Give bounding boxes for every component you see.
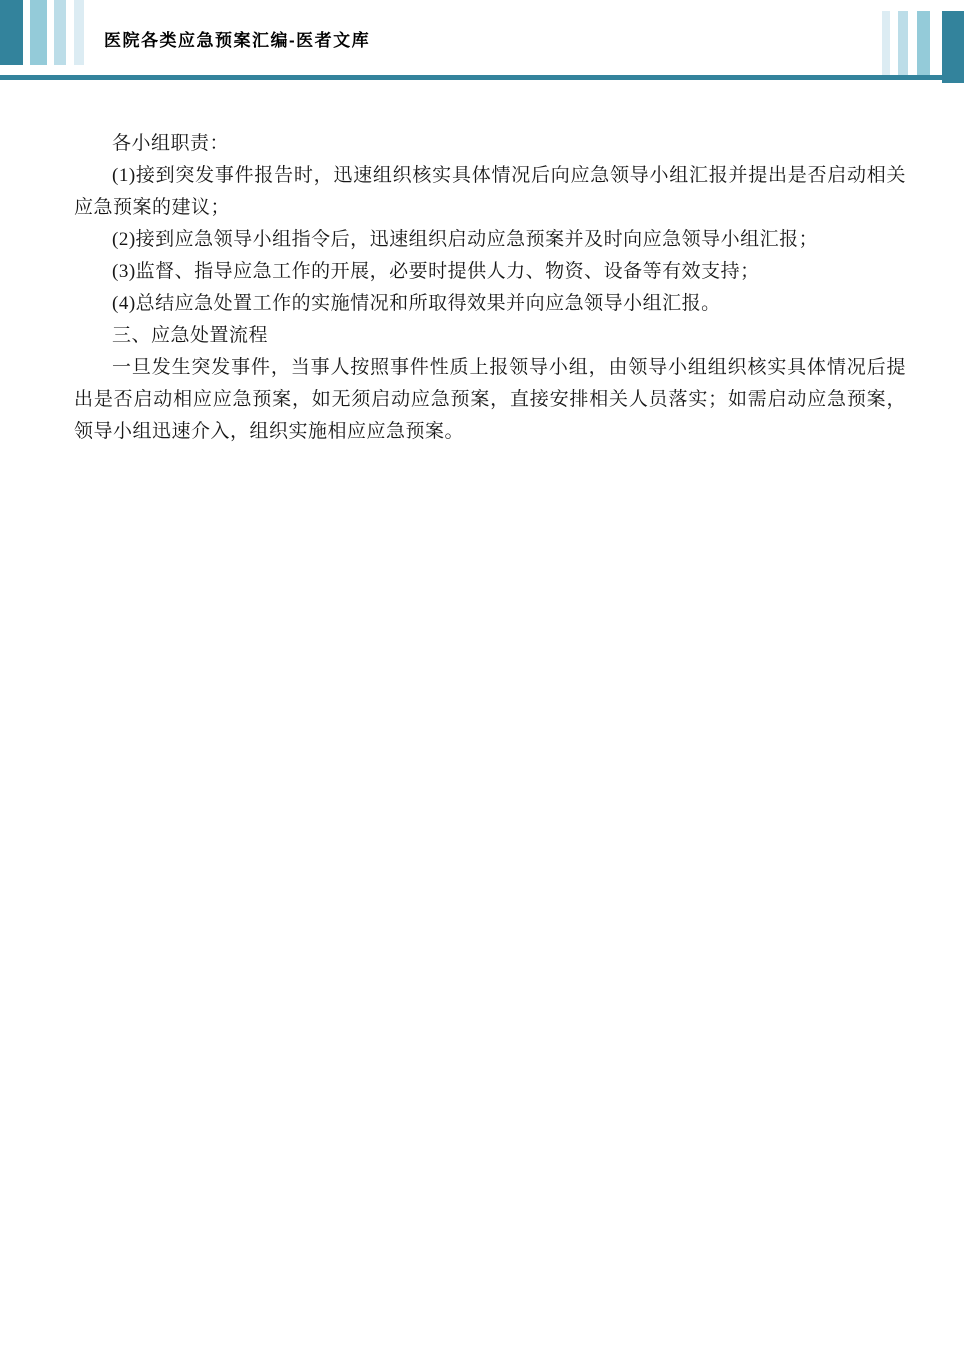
deco-bar-left-medium [30, 0, 47, 65]
deco-bar-left-light [54, 0, 66, 65]
paragraph-duty-1: (1)接到突发事件报告时，迅速组织核实具体情况后向应急领导小组汇报并提出是否启动… [74, 160, 906, 224]
document-page: 医院各类应急预案汇编-医者文库 各小组职责： (1)接到突发事件报告时，迅速组织… [0, 0, 964, 1365]
document-body: 各小组职责： (1)接到突发事件报告时，迅速组织核实具体情况后向应急领导小组汇报… [74, 128, 906, 448]
deco-bar-left-dark [0, 0, 23, 65]
paragraph-group-duties-heading: 各小组职责： [74, 128, 906, 160]
deco-bar-right-pale [882, 11, 890, 75]
deco-bar-right-dark [942, 11, 964, 83]
header-rule [0, 75, 964, 80]
deco-bar-right-light [898, 11, 908, 75]
paragraph-duty-4: (4)总结应急处置工作的实施情况和所取得效果并向应急领导小组汇报。 [74, 288, 906, 320]
paragraph-duty-3: (3)监督、指导应急工作的开展，必要时提供人力、物资、设备等有效支持； [74, 256, 906, 288]
paragraph-duty-2: (2)接到应急领导小组指令后，迅速组织启动应急预案并及时向应急领导小组汇报； [74, 224, 906, 256]
paragraph-process-description: 一旦发生突发事件，当事人按照事件性质上报领导小组，由领导小组组织核实具体情况后提… [74, 352, 906, 448]
deco-bar-right-medium [917, 11, 930, 75]
paragraph-section-heading: 三、应急处置流程 [74, 320, 906, 352]
header-title: 医院各类应急预案汇编-医者文库 [104, 26, 370, 51]
deco-bar-left-pale [74, 0, 84, 65]
